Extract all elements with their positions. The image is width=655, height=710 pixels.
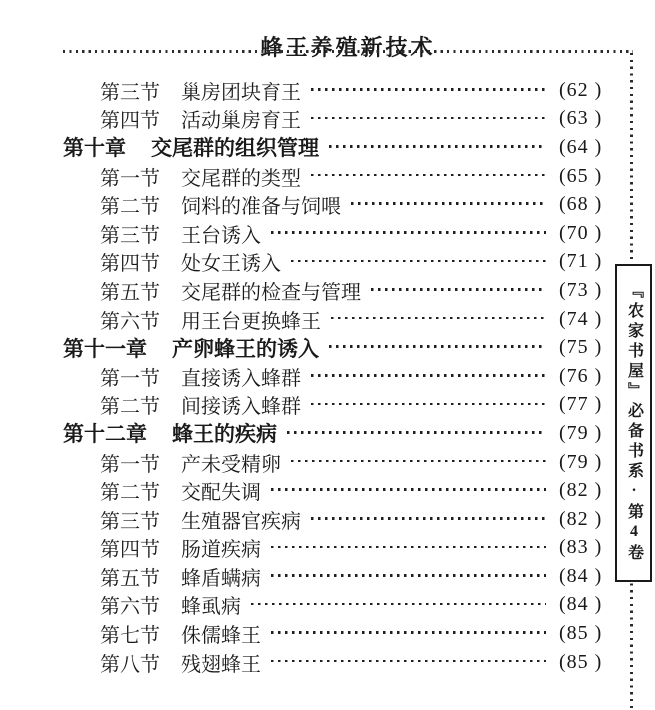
toc-entry-label: 第一节	[100, 448, 160, 477]
toc-entry-label: 第二节	[100, 476, 160, 505]
toc-entry-title: 交配失调	[181, 476, 261, 505]
toc-entry-page: (65 )	[559, 165, 625, 188]
toc-entry-title: 巢房团块育王	[181, 76, 301, 105]
dot-leader	[311, 403, 546, 406]
toc-entry-label: 第三节	[100, 505, 160, 534]
toc-entry-title: 交尾群的检查与管理	[181, 276, 361, 305]
toc-entry-title: 王台诱入	[181, 219, 261, 248]
toc-entry-label: 第二节	[100, 390, 160, 419]
toc-entry: 第二节 交配失调 (82 )	[63, 476, 625, 505]
dot-leader	[311, 174, 546, 177]
toc-entry-label: 第六节	[100, 590, 160, 619]
toc-entry-title: 蜂盾螨病	[181, 562, 261, 591]
toc-entry: 第五节 交尾群的检查与管理 (73 )	[63, 276, 625, 305]
dot-leader	[311, 117, 546, 120]
toc-entry: 第十二章 蜂王的疾病 (79 )	[63, 419, 625, 448]
dot-leader	[271, 546, 546, 549]
toc-entry-page: (70 )	[559, 222, 625, 245]
toc-entry-title: 用王台更换蜂王	[181, 305, 321, 334]
toc-entry-label: 第七节	[100, 619, 160, 648]
toc-entry-title: 残翅蜂王	[181, 648, 261, 677]
dot-leader	[271, 631, 546, 634]
toc-entry-page: (85 )	[559, 651, 625, 674]
toc-entry: 第十一章 产卵蜂王的诱入 (75 )	[63, 333, 625, 362]
toc-list: 第三节 巢房团块育王 (62 ) 第四节 活动巢房育王 (63 ) 第十章 交尾…	[63, 76, 625, 676]
toc-entry: 第十章 交尾群的组织管理 (64 )	[63, 133, 625, 162]
toc-entry-label: 第一节	[100, 162, 160, 191]
dot-leader	[271, 660, 546, 663]
toc-entry-label: 第五节	[100, 562, 160, 591]
toc-entry-label: 第六节	[100, 305, 160, 334]
toc-entry: 第二节 间接诱入蜂群 (77 )	[63, 391, 625, 420]
dot-leader	[311, 88, 546, 91]
dot-leader	[291, 460, 546, 463]
toc-entry: 第四节 活动巢房育王 (63 )	[63, 105, 625, 134]
toc-entry-title: 产未受精卵	[181, 448, 281, 477]
toc-entry: 第一节 交尾群的类型 (65 )	[63, 162, 625, 191]
dot-leader	[331, 317, 546, 320]
toc-entry-page: (63 )	[559, 107, 625, 130]
toc-entry: 第一节 直接诱入蜂群 (76 )	[63, 362, 625, 391]
toc-entry-page: (68 )	[559, 193, 625, 216]
toc-entry: 第三节 王台诱入 (70 )	[63, 219, 625, 248]
toc-entry-label: 第四节	[100, 533, 160, 562]
toc-entry-label: 第二节	[100, 190, 160, 219]
dot-leader	[251, 603, 546, 606]
dot-leader	[271, 231, 546, 234]
dot-leader	[311, 517, 546, 520]
toc-entry-title: 生殖器官疾病	[181, 505, 301, 534]
toc-entry-label: 第十一章	[63, 333, 147, 363]
dot-leader	[311, 374, 546, 377]
toc-entry-label: 第三节	[100, 76, 160, 105]
toc-entry-label: 第八节	[100, 648, 160, 677]
toc-entry: 第二节 饲料的准备与饲喂 (68 )	[63, 190, 625, 219]
toc-entry: 第三节 巢房团块育王 (62 )	[63, 76, 625, 105]
toc-entry-title: 间接诱入蜂群	[181, 390, 301, 419]
toc-entry: 第四节 肠道疾病 (83 )	[63, 534, 625, 563]
toc-entry-label: 第四节	[100, 247, 160, 276]
toc-entry-title: 蜂虱病	[181, 590, 241, 619]
toc-entry-title: 蜂王的疾病	[172, 418, 277, 448]
toc-entry-title: 交尾群的组织管理	[151, 132, 319, 162]
toc-entry-title: 侏儒蜂王	[181, 619, 261, 648]
dot-leader	[371, 288, 546, 291]
toc-entry: 第六节 用王台更换蜂王 (74 )	[63, 305, 625, 334]
toc-entry: 第三节 生殖器官疾病 (82 )	[63, 505, 625, 534]
toc-entry: 第四节 处女王诱入 (71 )	[63, 248, 625, 277]
toc-entry: 第八节 残翅蜂王 (85 )	[63, 648, 625, 677]
toc-entry-label: 第三节	[100, 219, 160, 248]
header-dotted-divider	[63, 50, 633, 53]
toc-entry-label: 第四节	[100, 104, 160, 133]
toc-entry-page: (64 )	[559, 136, 625, 159]
toc-entry-page: (62 )	[559, 79, 625, 102]
toc-entry: 第六节 蜂虱病 (84 )	[63, 591, 625, 620]
toc-entry-title: 肠道疾病	[181, 533, 261, 562]
book-toc-page: 蜂王养殖新技术 第三节 巢房团块育王 (62 ) 第四节 活动巢房育王 (63 …	[0, 0, 655, 710]
toc-entry: 第一节 产未受精卵 (79 )	[63, 448, 625, 477]
page-title: 蜂王养殖新技术	[63, 31, 633, 62]
toc-entry-title: 直接诱入蜂群	[181, 362, 301, 391]
toc-entry-page: (84 )	[559, 593, 625, 616]
toc-entry-title: 交尾群的类型	[181, 162, 301, 191]
toc-entry-label: 第五节	[100, 276, 160, 305]
toc-entry-page: (85 )	[559, 622, 625, 645]
dot-leader	[271, 488, 546, 491]
toc-entry-label: 第一节	[100, 362, 160, 391]
toc-entry-title: 饲料的准备与饲喂	[181, 190, 341, 219]
dot-leader	[351, 202, 546, 205]
dot-leader	[329, 345, 546, 348]
toc-entry-title: 活动巢房育王	[181, 104, 301, 133]
dot-leader	[329, 145, 546, 148]
toc-entry: 第五节 蜂盾螨病 (84 )	[63, 562, 625, 591]
toc-entry-title: 处女王诱入	[181, 247, 281, 276]
dot-leader	[291, 260, 546, 263]
series-label-box: 『农家书屋』必备书系·第4卷	[615, 264, 652, 582]
toc-entry: 第七节 侏儒蜂王 (85 )	[63, 619, 625, 648]
toc-entry-label: 第十章	[63, 132, 126, 162]
toc-entry-title: 产卵蜂王的诱入	[172, 333, 319, 363]
series-label: 『农家书屋』必备书系·第4卷	[626, 282, 642, 564]
dot-leader	[271, 574, 546, 577]
dot-leader	[287, 431, 546, 434]
toc-entry-label: 第十二章	[63, 418, 147, 448]
